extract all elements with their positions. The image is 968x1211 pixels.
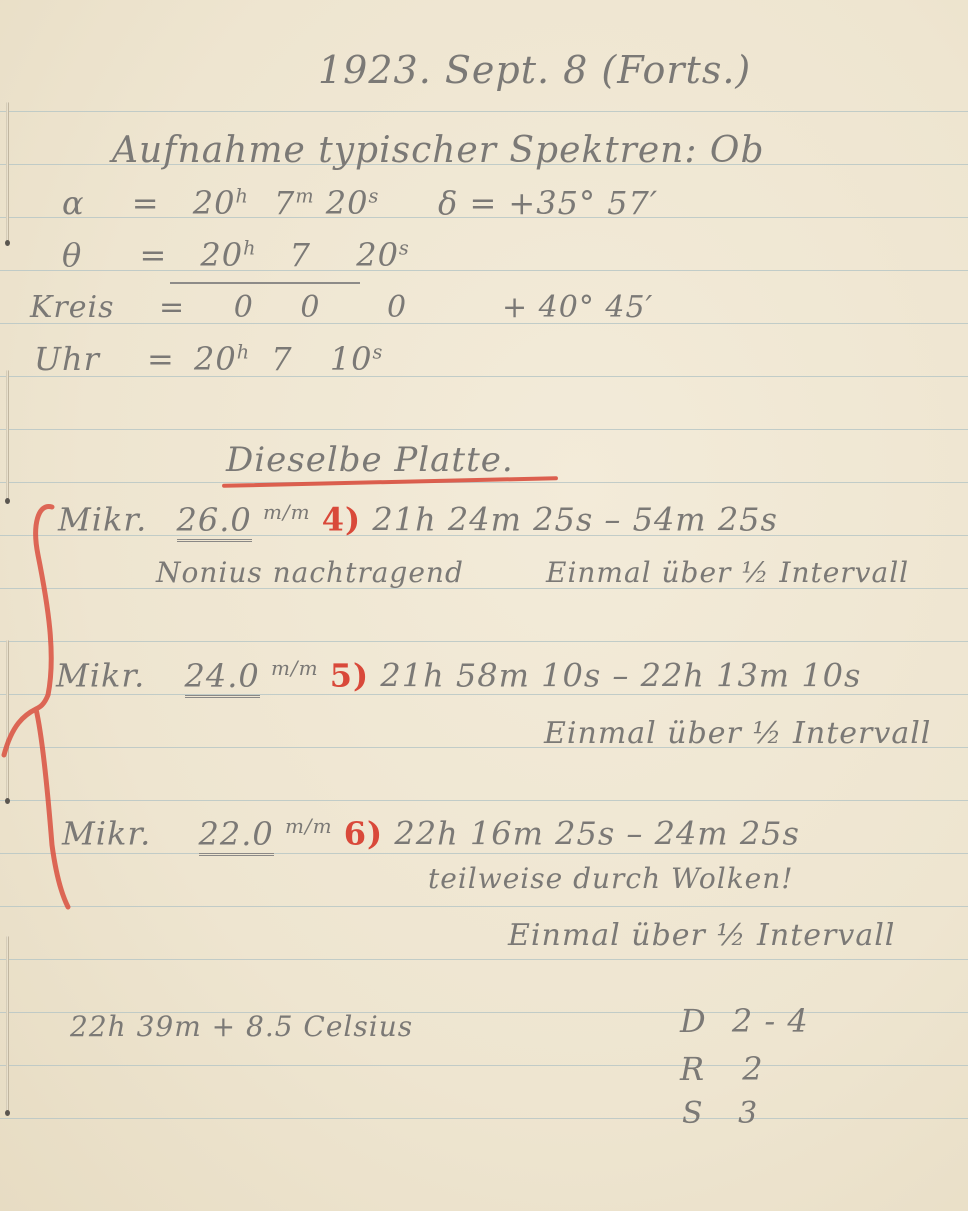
page-subtitle: Aufnahme typischer Spektren: Ob bbox=[112, 130, 765, 171]
sum-line bbox=[170, 282, 360, 284]
ruled-line bbox=[0, 429, 968, 430]
temperature-note: 22h 39m + 8.5 Celsius bbox=[70, 1010, 413, 1043]
ruled-line bbox=[0, 853, 968, 854]
ruled-line bbox=[0, 800, 968, 801]
ruled-line bbox=[0, 959, 968, 960]
rating-s: S 3 bbox=[682, 1096, 758, 1131]
exposure-1-line: Mikr. 26.0 m/m 4) 21h 24m 25s – 54m 25s bbox=[58, 500, 778, 539]
exposure-1-interval: Einmal über ½ Intervall bbox=[546, 556, 909, 589]
binding-stitch bbox=[6, 102, 9, 242]
section-title: Dieselbe Platte. bbox=[226, 440, 514, 480]
exposure-number: 5) bbox=[330, 657, 369, 695]
coord-theta: θ = 20h 7 20s bbox=[62, 236, 410, 274]
notebook-page: 1923. Sept. 8 (Forts.) Aufnahme typische… bbox=[0, 0, 968, 1211]
ruled-line bbox=[0, 1118, 968, 1119]
exposure-3-clouds-note: teilweise durch Wolken! bbox=[428, 862, 794, 895]
exposure-2-interval: Einmal über ½ Intervall bbox=[544, 716, 931, 751]
rating-r: R 2 bbox=[680, 1050, 764, 1088]
coord-delta: δ = +35° 57′ bbox=[438, 184, 658, 222]
ruled-line bbox=[0, 641, 968, 642]
ruled-line bbox=[0, 111, 968, 112]
exposure-3-line: Mikr. 22.0 m/m 6) 22h 16m 25s – 24m 25s bbox=[62, 814, 800, 853]
exposure-1-note: Nonius nachtragend bbox=[156, 556, 464, 589]
exposure-number: 4) bbox=[322, 501, 361, 539]
kreis-declination: + 40° 45′ bbox=[502, 290, 653, 325]
coord-alpha: α = 20h 7m 20s bbox=[62, 184, 379, 222]
rating-d: D 2 - 4 bbox=[680, 1002, 809, 1040]
coord-uhr: Uhr = 20h 7 10s bbox=[34, 340, 383, 378]
ruled-line bbox=[0, 1065, 968, 1066]
page-header: 1923. Sept. 8 (Forts.) bbox=[318, 48, 751, 92]
binding-stitch bbox=[6, 370, 9, 500]
binding-stitch bbox=[6, 936, 9, 1112]
exposure-2-line: Mikr. 24.0 m/m 5) 21h 58m 10s – 22h 13m … bbox=[56, 656, 861, 695]
ruled-line bbox=[0, 906, 968, 907]
exposure-3-interval: Einmal über ½ Intervall bbox=[508, 918, 895, 953]
ruled-line bbox=[0, 482, 968, 483]
coord-kreis: Kreis = 0 0 0 bbox=[30, 290, 407, 325]
exposure-number: 6) bbox=[344, 815, 383, 853]
